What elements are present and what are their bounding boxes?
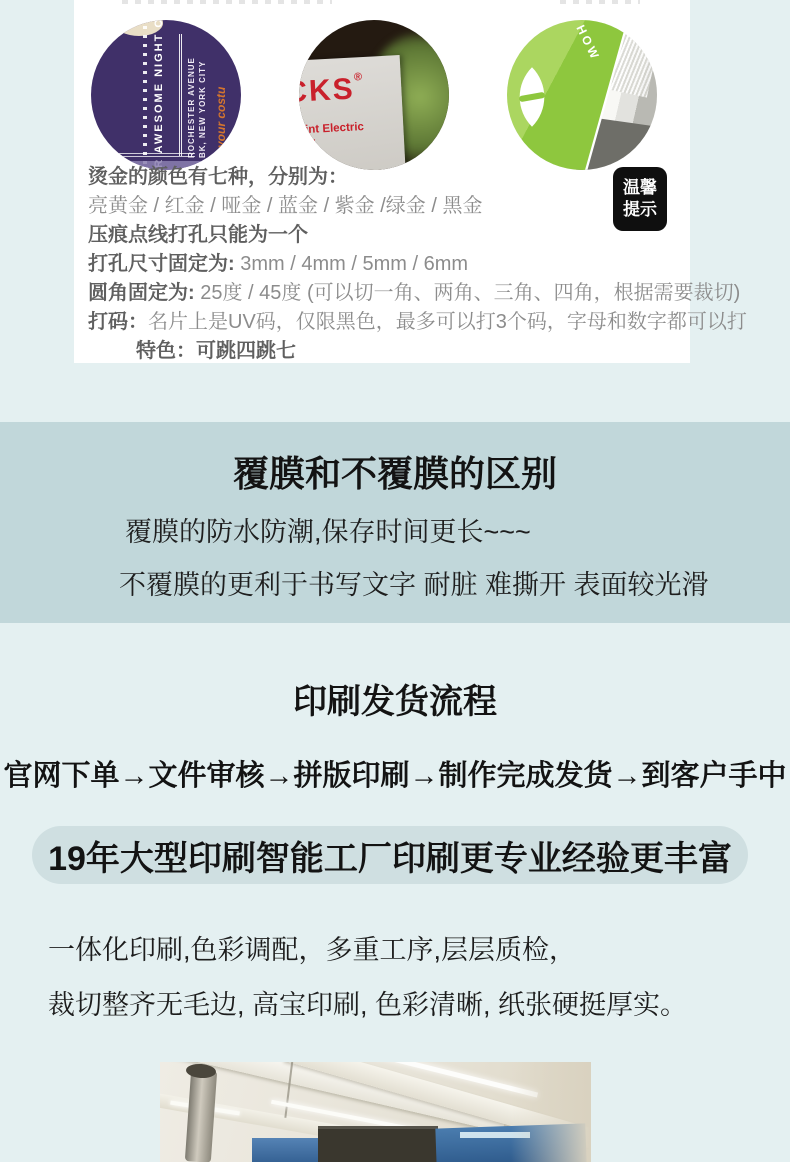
bottom-rule-decoration <box>91 153 195 157</box>
spec-card: R AWESOME NIGHT CLUB ROCHESTER AVENUE BK… <box>74 0 690 363</box>
process-desc-line2: 裁切整齐无毛边, 高宝印刷, 色彩清晰, 纸张硬挺厚实。 <box>48 983 687 1022</box>
spec-line-uv-code: 打码：名片上是UV码，仅限黑色，最多可以打3个码，字母和数字都可以打 <box>88 308 608 337</box>
spec-rest: 25度 / 45度 (可以切一角、两角、三角、四角，根据需要裁切) <box>195 282 741 304</box>
product-photo-purple-card: R AWESOME NIGHT CLUB ROCHESTER AVENUE BK… <box>91 20 241 170</box>
warm-tip-badge: 温馨 提示 <box>613 167 667 231</box>
lamination-line1: 覆膜的防水防潮,保存时间更长~~~ <box>125 510 531 549</box>
card-script-text: ng your costu <box>214 34 228 166</box>
printing-machine <box>252 1138 322 1162</box>
card-subline2: Ltd. <box>299 138 320 151</box>
side-wall <box>511 1062 591 1162</box>
spec-bold: 打孔尺寸固定为: <box>88 253 235 275</box>
process-section-title: 印刷发货流程 <box>0 674 790 723</box>
warm-tip-line1: 温馨 <box>613 177 667 199</box>
lamination-line2: 不覆膜的更利于书写文字 耐脏 难撕开 表面较光滑 <box>119 563 709 602</box>
spec-bold: 压痕点线打孔只能为一个 <box>88 224 308 246</box>
spec-line-crease-hole: 压痕点线打孔只能为一个 <box>88 221 608 250</box>
spec-bold: 圆角固定为: <box>88 282 195 304</box>
spec-line-foil-colors-title: 烫金的颜色有七种，分别为： <box>88 163 608 192</box>
product-detail-page: R AWESOME NIGHT CLUB ROCHESTER AVENUE BK… <box>0 0 790 1162</box>
warm-tip-line2: 提示 <box>613 199 667 221</box>
double-rule-decoration <box>179 34 182 156</box>
spec-line-special-feature: 特色：可跳四跳七 <box>88 337 608 366</box>
spec-line-hole-sizes: 打孔尺寸固定为: 3mm / 4mm / 5mm / 6mm <box>88 250 608 279</box>
spec-text-block: 烫金的颜色有七种，分别为： 亮黄金 / 红金 / 哑金 / 蓝金 / 紫金 /绿… <box>88 163 608 366</box>
printing-machine <box>318 1126 438 1162</box>
ventilation-duct <box>185 1069 217 1162</box>
spec-line-foil-colors-list: 亮黄金 / 红金 / 哑金 / 蓝金 / 紫金 /绿金 / 黑金 <box>88 192 608 221</box>
process-desc-line1: 一体化印刷,色彩调配，多重工序,层层质检， <box>48 928 576 967</box>
product-photo-green-card: HOW <box>507 20 657 170</box>
card-address-line1: ROCHESTER AVENUE <box>187 48 196 158</box>
dotted-line-decoration <box>143 26 147 164</box>
card-address-line2: BK, NEW YORK CITY <box>198 48 207 158</box>
spec-rest: 3mm / 4mm / 5mm / 6mm <box>235 253 468 275</box>
process-flow-text: 官网下单→文件审核→拼版印刷→制作完成发货→到客户手中 <box>0 753 790 794</box>
leaf-stem-icon <box>519 92 546 102</box>
spec-bold: 烫金的颜色有七种，分别为： <box>88 166 348 188</box>
factory-claim-banner: 19年大型印刷智能工厂印刷更专业经验更丰富 <box>32 826 748 884</box>
gray-business-card: CKS® yJoint Electric Ltd. <box>299 55 406 170</box>
product-photo-gray-card: CKS® yJoint Electric Ltd. <box>299 20 449 170</box>
spec-bold: 打码： <box>88 311 148 333</box>
card-subline1: yJoint Electric <box>299 121 364 137</box>
lamination-section: 覆膜和不覆膜的区别 覆膜的防水防潮,保存时间更长~~~ 不覆膜的更利于书写文字 … <box>0 422 790 623</box>
spec-bold: 特色：可跳四跳七 <box>136 340 296 362</box>
spec-rest: 亮黄金 / 红金 / 哑金 / 蓝金 / 紫金 /绿金 / 黑金 <box>88 195 482 217</box>
cropped-caption-remnant <box>560 0 640 4</box>
spec-line-corner-radius: 圆角固定为: 25度 / 45度 (可以切一角、两角、三角、四角，根据需要裁切) <box>88 279 608 308</box>
lamination-section-title: 覆膜和不覆膜的区别 <box>0 446 790 497</box>
cks-logo: CKS® <box>299 71 364 110</box>
spec-rest: 名片上是UV码，仅限黑色，最多可以打3个码，字母和数字都可以打 <box>148 311 747 333</box>
factory-workshop-photo <box>160 1062 591 1162</box>
cropped-caption-remnant <box>122 0 332 4</box>
card-club-text: R AWESOME NIGHT CLUB <box>153 22 165 168</box>
factory-claim-text: 19年大型印刷智能工厂印刷更专业经验更丰富 <box>48 831 732 880</box>
cks-logo-text: CKS <box>299 72 355 109</box>
registered-mark: ® <box>354 71 363 83</box>
